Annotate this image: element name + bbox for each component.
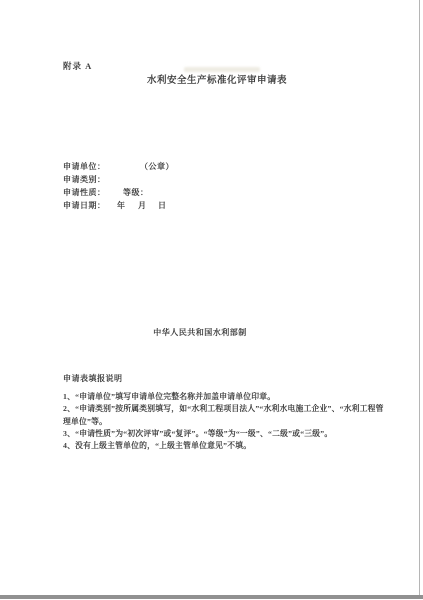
publisher-line: 中华人民共和国水利部制 (153, 327, 247, 338)
application-nature-label: 申请性质： (63, 187, 106, 198)
appendix-label: 附录 A (63, 60, 92, 72)
document-title: 水利安全生产标准化评审申请表 (147, 72, 287, 86)
notes-section-title: 申请表填报说明 (63, 373, 123, 384)
application-date-label: 申请日期： (63, 200, 106, 211)
date-day-label: 日 (158, 200, 167, 211)
page-right-edge-shadow (419, 0, 420, 596)
page-bottom-edge-shadow (0, 595, 423, 599)
application-category-label: 申请类别： (63, 174, 106, 185)
note-line: 1、“申请单位”填写申请单位完整名称并加盖申请单位印章。 (63, 391, 383, 403)
note-line: 3、“申请性质”为“初次评审”或“复评”。“等级”为“一级”、“二级”或“三级”… (63, 428, 383, 440)
date-month-label: 月 (138, 200, 147, 211)
notes-list: 1、“申请单位”填写申请单位完整名称并加盖申请单位印章。 2、“申请类别”按所属… (63, 391, 383, 452)
note-line: 2、“申请类别”按所属类别填写，如“水利工程项目法人”“水利水电施工企业”、“水… (63, 403, 383, 415)
document-page: 附录 A 水利安全生产标准化评审申请表 申请单位： （公章） 申请类别： 申请性… (0, 0, 423, 600)
grade-label: 等级： (123, 187, 149, 198)
note-line: 4、没有上级主管单位的，“上级主管单位意见”不填。 (63, 440, 383, 452)
applicant-unit-label: 申请单位： (63, 161, 106, 172)
date-year-label: 年 (117, 200, 126, 211)
note-line: 理单位”等。 (63, 416, 383, 428)
official-seal-hint: （公章） (140, 161, 174, 172)
